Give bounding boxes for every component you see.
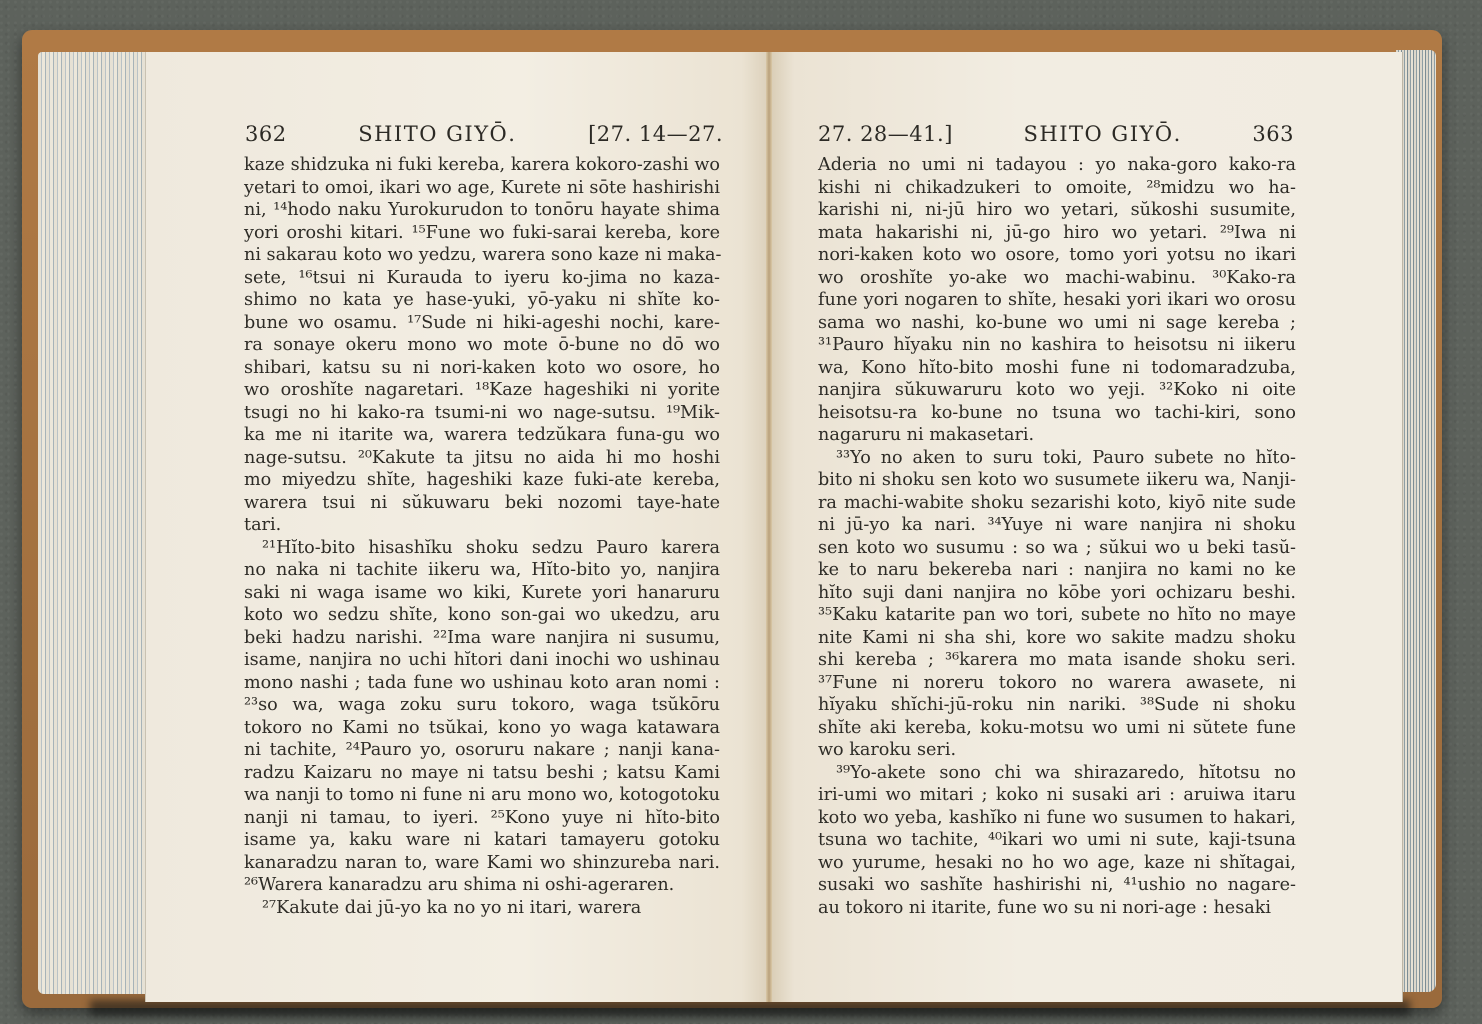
text-line: tsuna wo tachite, ⁴⁰ikari wo umi ni sute…	[818, 829, 1296, 852]
text-line: nanjira sŭkuwaruru koto wo yeji. ³²Koko …	[818, 379, 1296, 402]
right-running-head: 27. 28—41.] SHITO GIYŌ. 363	[818, 122, 1294, 150]
text-line: ²³so wa, waga zoku suru tokoro, waga tsŭ…	[244, 694, 720, 717]
text-line: ³⁹Yo-akete sono chi wa shirazaredo, hĭto…	[818, 762, 1296, 785]
text-line: wa, Kono hĭto-bito moshi fune ni todomar…	[818, 357, 1296, 380]
book-gutter	[766, 52, 772, 1002]
text-line: nite Kami ni sha shi, kore wo sakite mad…	[818, 627, 1296, 650]
text-line: ²⁶Warera kanaradzu aru shima ni oshi-age…	[244, 874, 720, 897]
chapter-range: [27. 14—27.	[588, 122, 723, 146]
text-line: tari.	[244, 514, 720, 537]
text-line: beki hadzu narishi. ²²Ima ware nanjira n…	[244, 627, 720, 650]
text-line: nanji ni tamau, to iyeri. ²⁵Kono yuye ni…	[244, 807, 720, 830]
text-line: wo oroshĭte nagaretari. ¹⁸Kaze hageshiki…	[244, 379, 720, 402]
text-line: fune yori nogaren to shĭte, hesaki yori …	[818, 289, 1296, 312]
text-line: wo yurume, hesaki no ho wo age, kaze ni …	[818, 852, 1296, 875]
text-line: kishi ni chikadzukeri to omoite, ²⁸midzu…	[818, 177, 1296, 200]
text-line: iri-umi wo mitari ; koko ni susaki ari :…	[818, 784, 1296, 807]
chapter-range: 27. 28—41.]	[818, 122, 953, 146]
text-line: ni jū-yo ka nari. ³⁴Yuye ni ware nanjira…	[818, 514, 1296, 537]
text-line: heisotsu-ra ko-bune no tsuna wo tachi-ki…	[818, 402, 1296, 425]
left-running-head: 362 SHITO GIYŌ. [27. 14—27.	[245, 122, 723, 150]
text-line: koto wo sedzu shĭte, kono son-gai wo uke…	[244, 604, 720, 627]
text-line: ³³Yo no aken to suru toki, Pauro subete …	[818, 447, 1296, 470]
text-line: radzu Kaizaru no maye ni tatsu beshi ; k…	[244, 762, 720, 785]
text-line: mono nashi ; tada fune wo ushinau koto a…	[244, 672, 720, 695]
text-line: sen koto wo susumu : so wa ; sŭkui wo u …	[818, 537, 1296, 560]
text-line: ²⁷Kakute dai jū-yo ka no yo ni itari, wa…	[244, 897, 720, 920]
text-line: shimo no kata ye hase-yuki, yō-yaku ni s…	[244, 289, 720, 312]
left-page-text: kaze shidzuka ni fuki kereba, karera kok…	[244, 154, 720, 919]
text-line: shi kereba ; ³⁶karera mo mata isande sho…	[818, 649, 1296, 672]
text-line: yori oroshi kitari. ¹⁵Fune wo fuki-sarai…	[244, 222, 720, 245]
text-line: hĭyaku shĭchi-jū-roku nin nariki. ³⁸Sude…	[818, 694, 1296, 717]
text-line: tsugi no hi kako-ra tsumi-ni wo nage-sut…	[244, 402, 720, 425]
text-line: kanaradzu naran to, ware Kami wo shinzur…	[244, 852, 720, 875]
text-line: ²¹Hĭto-bito hisashĭku shoku sedzu Pauro …	[244, 537, 720, 560]
text-line: hĭto suji dani nanjira no kōbe yori ochi…	[818, 582, 1296, 605]
text-line: ni, ¹⁴hodo naku Yurokurudon to tonōru ha…	[244, 199, 720, 222]
text-line: sete, ¹⁶tsui ni Kurauda to iyeru ko-jima…	[244, 267, 720, 290]
text-line: nori-kaken koto wo osore, tomo yori yots…	[818, 244, 1296, 267]
running-title: SHITO GIYŌ.	[1024, 122, 1182, 146]
text-line: wo karoku seri.	[818, 739, 1296, 762]
text-line: shibari, katsu su ni nori-kaken koto wo …	[244, 357, 720, 380]
text-line: au tokoro ni itarite, fune wo su ni nori…	[818, 897, 1296, 920]
running-title: SHITO GIYŌ.	[358, 122, 516, 146]
right-page-text: Aderia no umi ni tadayou : yo naka-goro …	[818, 154, 1296, 919]
text-line: ra machi-wabite shoku sezarishi koto, ki…	[818, 492, 1296, 515]
text-line: no naka ni tachite iikeru wa, Hĭto-bito …	[244, 559, 720, 582]
text-line: ke to naru bekereba nari : nanjira no ka…	[818, 559, 1296, 582]
text-line: koto wo yeba, kashĭko ni fune wo susumen…	[818, 807, 1296, 830]
text-line: sama wo nashi, ko-bune wo umi ni sage ke…	[818, 312, 1296, 335]
text-line: ³⁷Fune ni noreru tokoro no warera awaset…	[818, 672, 1296, 695]
book-shadow	[90, 1000, 1410, 1016]
text-line: isame ya, kaku ware ni katari tamayeru g…	[244, 829, 720, 852]
text-line: bune wo osamu. ¹⁷Sude ni hiki-ageshi noc…	[244, 312, 720, 335]
text-line: wa nanji to tomo ni fune ni aru mono wo,…	[244, 784, 720, 807]
page-edges-left	[38, 52, 150, 994]
text-line: warera tsui ni sŭkuwaru beki nozomi taye…	[244, 492, 720, 515]
text-line: ³⁵Kaku katarite pan wo tori, subete no h…	[818, 604, 1296, 627]
text-line: yetari to omoi, ikari wo age, Kurete ni …	[244, 177, 720, 200]
text-line: ³¹Pauro hĭyaku nin no kashira to heisots…	[818, 334, 1296, 357]
text-line: isame, nanjira no uchi hĭtori dani inoch…	[244, 649, 720, 672]
text-line: ra sonaye okeru mono wo mote ō-bune no d…	[244, 334, 720, 357]
text-line: nage-sutsu. ²⁰Kakute ta jitsu no aida hi…	[244, 447, 720, 470]
text-line: susaki wo sashĭte hashirishi ni, ⁴¹ushio…	[818, 874, 1296, 897]
page-number: 362	[245, 122, 287, 146]
page-number: 363	[1252, 122, 1294, 146]
text-line: karishi ni, ni-jū hiro wo yetari, sŭkosh…	[818, 199, 1296, 222]
text-line: Aderia no umi ni tadayou : yo naka-goro …	[818, 154, 1296, 177]
text-line: ka me ni itarite wa, warera tedzŭkara fu…	[244, 424, 720, 447]
text-line: shĭte aki kereba, koku-motsu wo umi ni s…	[818, 717, 1296, 740]
text-line: nagaruru ni makasetari.	[818, 424, 1296, 447]
text-line: kaze shidzuka ni fuki kereba, karera kok…	[244, 154, 720, 177]
text-line: bito ni shoku sen koto wo susumete iiker…	[818, 469, 1296, 492]
text-line: tokoro no Kami no tsŭkai, kono yo waga k…	[244, 717, 720, 740]
text-line: mata hakarishi ni, jū-go hiro wo yetari.…	[818, 222, 1296, 245]
text-line: mo miyedzu shĭte, hageshiki kaze fuki-at…	[244, 469, 720, 492]
text-line: ni tachite, ²⁴Pauro yo, osoruru nakare ;…	[244, 739, 720, 762]
text-line: saki ni waga isame wo kiki, Kurete yori …	[244, 582, 720, 605]
text-line: ni sakarau koto wo yedzu, warera sono ka…	[244, 244, 720, 267]
text-line: wo oroshĭte yo-ake wo machi-wabinu. ³⁰Ka…	[818, 267, 1296, 290]
